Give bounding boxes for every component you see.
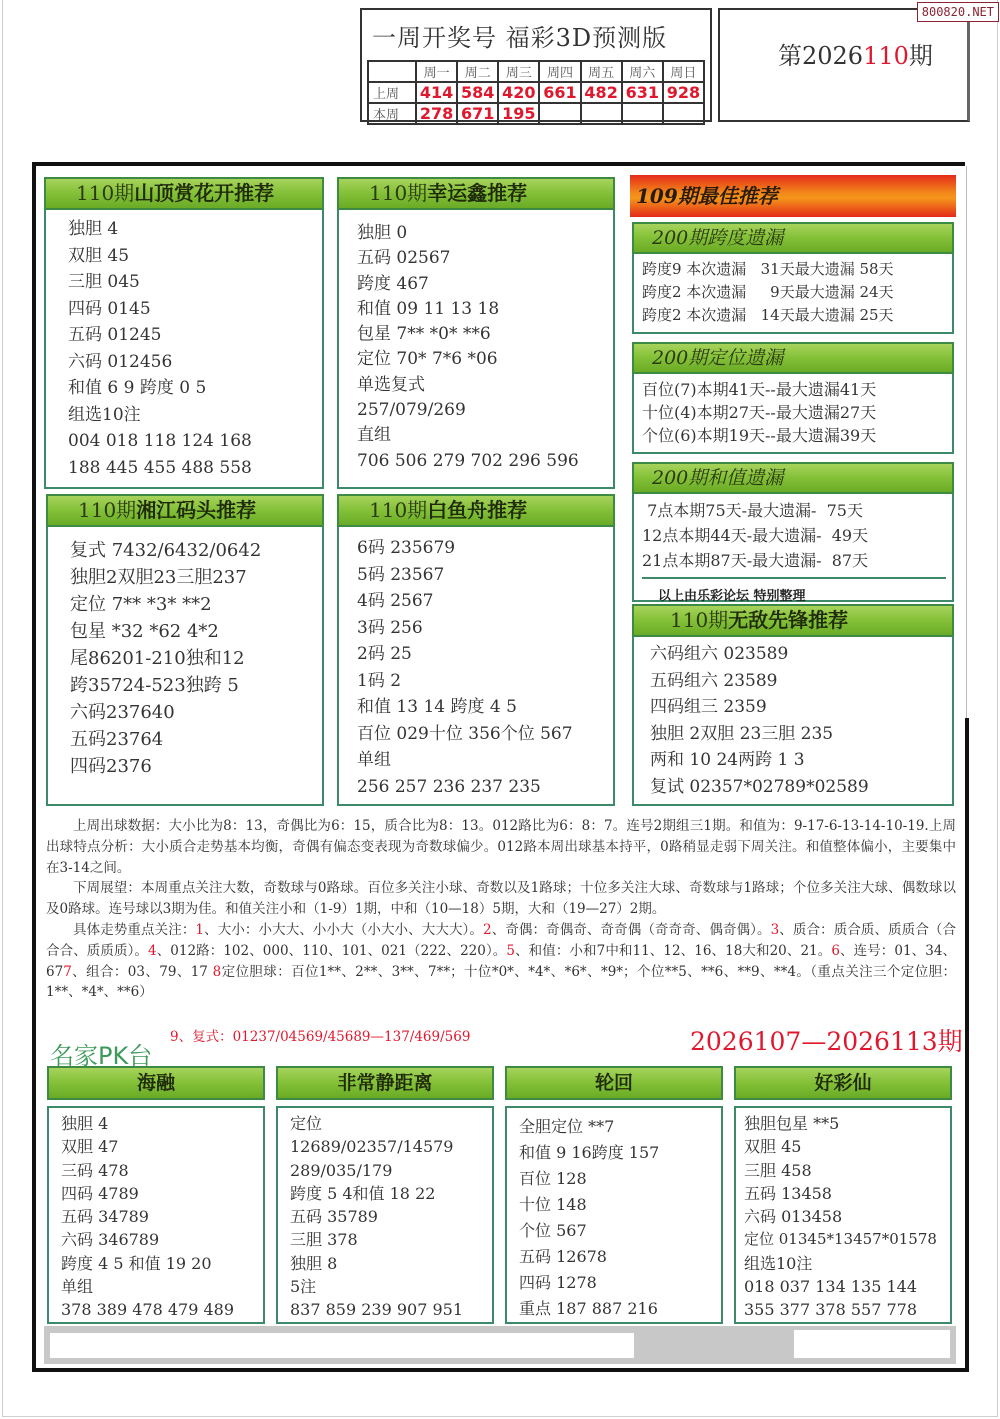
issue-box: 第2026110期 <box>718 8 970 122</box>
list-item: 837 859 239 907 951 <box>290 1298 492 1321</box>
credit-note: 以上由乐彩论坛 特别整理 <box>642 577 946 604</box>
panel-position-miss: 200期定位遗漏 百位(7)本期41天--最大遗漏41天 十位(4)本期27天-… <box>632 342 954 454</box>
list-item: 两和 10 24两跨 1 3 <box>650 747 952 774</box>
list-item: 双胆 47 <box>61 1135 263 1158</box>
list-item: 2码 25 <box>357 641 613 668</box>
list-item: 三胆 378 <box>290 1228 492 1251</box>
draw-number: 631 <box>622 82 663 103</box>
list-item: 355 377 378 557 778 <box>744 1298 950 1321</box>
draw-number: 671 <box>457 103 498 124</box>
page-title: 一周开奖号 福彩3D预测版 <box>372 18 667 53</box>
list-item: 五码 01245 <box>68 322 322 349</box>
list-item: 跨35724-523独跨 5 <box>70 672 322 699</box>
list-item: 独胆 4 <box>68 216 322 243</box>
list-item: 21点本期87天-最大遗漏- 87天 <box>642 548 952 573</box>
pk-panel-hairong: 海融 独胆 4 双胆 47 三码 478 四码 4789 五码 34789 六码… <box>47 1066 265 1324</box>
panel-body: 跨度9 本次遗漏 31天最大遗漏 58天 跨度2 本次遗漏 9天最大遗漏 24天… <box>632 254 954 334</box>
list-item: 四码2376 <box>70 753 322 780</box>
panel-body: 6码 235679 5码 23567 4码 2567 3码 256 2码 25 … <box>337 527 615 806</box>
day-header: 周一 <box>416 61 457 82</box>
day-header: 周六 <box>622 61 663 82</box>
panel-body: 百位(7)本期41天--最大遗漏41天 十位(4)本期27天--最大遗漏27天 … <box>632 374 954 454</box>
draw-number: 195 <box>498 103 539 124</box>
list-item: 跨度9 本次遗漏 31天最大遗漏 58天 <box>642 258 952 281</box>
pk-panel-feichang: 非常静距离 定位 12689/02357/14579 289/035/179 跨… <box>276 1066 494 1324</box>
list-item: 直组 <box>357 423 613 448</box>
panel-header: 110期白鱼舟推荐 <box>337 494 615 527</box>
list-item: 3码 256 <box>357 615 613 642</box>
expert-name: 非常静距离 <box>276 1066 494 1100</box>
list-item: 257/079/269 <box>357 398 613 423</box>
list-item: 十位 148 <box>519 1192 721 1218</box>
list-item: 六码组六 023589 <box>650 641 952 668</box>
list-item: 百位(7)本期41天--最大遗漏41天 <box>642 378 952 401</box>
footer-bar <box>44 1326 956 1364</box>
weekly-draw-box: 一周开奖号 福彩3D预测版 周一 周二 周三 周四 周五 周六 周日 上周 41… <box>360 8 712 122</box>
table-row-last-week: 上周 414 584 420 661 482 631 928 <box>368 82 704 103</box>
analysis-trends: 具体走势重点关注：1、大小：小大大、小小大（小大小、大大大）。2、奇偶：奇偶奇、… <box>46 920 956 1003</box>
issue-number: 第2026110期 <box>778 36 933 71</box>
draw-number: 584 <box>457 82 498 103</box>
best-recommendation-header: 109期最佳推荐 <box>630 175 956 217</box>
list-item: 尾86201-210独和12 <box>70 645 322 672</box>
list-item: 12点本期44天-最大遗漏- 49天 <box>642 523 952 548</box>
list-item: 六码 346789 <box>61 1228 263 1251</box>
panel-sum-miss: 200期和值遗漏 7点本期75天-最大遗漏- 75天 12点本期44天-最大遗漏… <box>632 462 954 602</box>
draw-number <box>663 103 704 124</box>
day-header: 周五 <box>581 61 622 82</box>
list-item: 跨度2 本次遗漏 9天最大遗漏 24天 <box>642 281 952 304</box>
list-item: 六码 012456 <box>68 349 322 376</box>
list-item: 双胆 45 <box>68 243 322 270</box>
expert-name: 海融 <box>47 1066 265 1100</box>
list-item: 三胆 458 <box>744 1159 950 1182</box>
draw-number: 661 <box>539 82 580 103</box>
period-range: 2026107—2026113期 <box>690 1022 963 1058</box>
analysis-last-week: 上周出球数据：大小比为8：13，奇偶比为6：15，质合比为8：13。012路比为… <box>46 816 956 878</box>
list-item: 个位(6)本期19天--最大遗漏39天 <box>642 424 952 447</box>
complex-recommendation: 9、复式：01237/04569/45689—137/469/569 <box>170 1025 470 1045</box>
list-item: 定位 70* 7*6 *06 <box>357 347 613 372</box>
list-item: 六码237640 <box>70 699 322 726</box>
list-item: 独胆2双胆23三胆237 <box>70 564 322 591</box>
panel-body: 六码组六 023589 五码组六 23589 四码组三 2359 独胆 2双胆 … <box>632 637 954 806</box>
row-label: 本周 <box>368 103 416 124</box>
list-item: 百位 029十位 356个位 567 <box>357 721 613 748</box>
list-item: 独胆 2双胆 23三胆 235 <box>650 721 952 748</box>
list-item: 双胆 45 <box>744 1135 950 1158</box>
list-item: 独胆 8 <box>290 1252 492 1275</box>
weekly-draw-table: 周一 周二 周三 周四 周五 周六 周日 上周 414 584 420 661 … <box>367 60 705 125</box>
list-item: 包星 *32 *62 4*2 <box>70 618 322 645</box>
list-item: 1码 2 <box>357 668 613 695</box>
list-item: 单选复式 <box>357 373 613 398</box>
list-item: 包星 7** *0* **6 <box>357 322 613 347</box>
list-item: 跨度 4 5 和值 19 20 <box>61 1252 263 1275</box>
row-label: 上周 <box>368 82 416 103</box>
draw-number: 278 <box>416 103 457 124</box>
list-item: 四码组三 2359 <box>650 694 952 721</box>
list-item: 复式 7432/6432/0642 <box>70 537 322 564</box>
panel-xiangjiang: 110期湘江码头推荐 复式 7432/6432/0642 独胆2双胆23三胆23… <box>46 494 324 806</box>
list-item: 组选10注 <box>744 1252 950 1275</box>
list-item: 和值 13 14 跨度 4 5 <box>357 694 613 721</box>
panel-body: 复式 7432/6432/0642 独胆2双胆23三胆237 定位 7** *3… <box>46 527 324 806</box>
list-item: 十位(4)本期27天--最大遗漏27天 <box>642 401 952 424</box>
list-item: 跨度2 本次遗漏 14天最大遗漏 25天 <box>642 304 952 327</box>
list-item: 5注 <box>290 1275 492 1298</box>
list-item: 256 257 236 237 235 <box>357 774 613 801</box>
list-item: 个位 567 <box>519 1218 721 1244</box>
list-item: 和值 09 11 13 18 <box>357 297 613 322</box>
panel-header: 110期山顶赏花开推荐 <box>44 177 324 210</box>
panel-body: 独胆 4 双胆 47 三码 478 四码 4789 五码 34789 六码 34… <box>47 1106 265 1324</box>
day-header: 周二 <box>457 61 498 82</box>
list-item: 定位 7** *3* **2 <box>70 591 322 618</box>
day-header: 周四 <box>539 61 580 82</box>
list-item: 5码 23567 <box>357 562 613 589</box>
panel-body: 7点本期75天-最大遗漏- 75天 12点本期44天-最大遗漏- 49天 21点… <box>632 494 954 602</box>
table-header-row: 周一 周二 周三 周四 周五 周六 周日 <box>368 61 704 82</box>
list-item: 跨度 5 4和值 18 22 <box>290 1182 492 1205</box>
draw-number <box>622 103 663 124</box>
list-item: 组选10注 <box>68 402 322 429</box>
watermark-link[interactable]: 800820.NET <box>917 2 999 22</box>
list-item: 复试 02357*02789*02589 <box>650 774 952 801</box>
issue-highlight: 110 <box>863 42 909 70</box>
list-item: 五码 13458 <box>744 1182 950 1205</box>
panel-xingyun: 110期幸运鑫推荐 独胆 0 五码 02567 跨度 467 和值 09 11 … <box>337 177 615 489</box>
list-item: 单组 <box>61 1275 263 1298</box>
list-item: 五码 34789 <box>61 1205 263 1228</box>
panel-baiyu: 110期白鱼舟推荐 6码 235679 5码 23567 4码 2567 3码 … <box>337 494 615 806</box>
list-item: 7点本期75天-最大遗漏- 75天 <box>642 498 952 523</box>
list-item: 四码 4789 <box>61 1182 263 1205</box>
list-item: 五码 12678 <box>519 1244 721 1270</box>
draw-number <box>539 103 580 124</box>
list-item: 三码 478 <box>61 1159 263 1182</box>
list-item: 四码 1278 <box>519 1270 721 1296</box>
list-item: 三胆 045 <box>68 269 322 296</box>
panel-shanding: 110期山顶赏花开推荐 独胆 4 双胆 45 三胆 045 四码 0145 五码… <box>44 177 324 489</box>
list-item: 706 506 279 702 296 596 <box>357 449 613 474</box>
expert-name: 好彩仙 <box>734 1066 952 1100</box>
list-item: 跨度 467 <box>357 272 613 297</box>
draw-number: 928 <box>663 82 704 103</box>
panel-body: 全胆定位 **7 和值 9 16跨度 157 百位 128 十位 148 个位 … <box>505 1106 723 1324</box>
footer-blank-right <box>794 1330 950 1358</box>
list-item: 独胆 4 <box>61 1112 263 1135</box>
panel-body: 定位 12689/02357/14579 289/035/179 跨度 5 4和… <box>276 1106 494 1324</box>
list-item: 289/035/179 <box>290 1159 492 1182</box>
list-item: 五码 35789 <box>290 1205 492 1228</box>
list-item: 五码 02567 <box>357 246 613 271</box>
list-item: 4码 2567 <box>357 588 613 615</box>
panel-header: 200期和值遗漏 <box>632 462 954 494</box>
analysis-next-week: 下周展望：本周重点关注大数，奇数球与0路球。百位多关注小球、奇数以及1路球；十位… <box>46 878 956 920</box>
list-item: 004 018 118 124 168 <box>68 428 322 455</box>
list-item: 018 037 134 135 144 <box>744 1275 950 1298</box>
list-item: 定位 01345*13457*01578 <box>744 1228 950 1251</box>
list-item: 定位 <box>290 1112 492 1135</box>
list-item: 6码 235679 <box>357 535 613 562</box>
panel-body: 独胆包星 **5 双胆 45 三胆 458 五码 13458 六码 013458… <box>734 1106 952 1324</box>
panel-body: 独胆 0 五码 02567 跨度 467 和值 09 11 13 18 包星 7… <box>337 210 615 489</box>
draw-number <box>581 103 622 124</box>
day-header: 周三 <box>498 61 539 82</box>
list-item: 五码组六 23589 <box>650 668 952 695</box>
list-item: 五码23764 <box>70 726 322 753</box>
expert-name: 轮回 <box>505 1066 723 1100</box>
list-item: 百位 128 <box>519 1166 721 1192</box>
pk-panel-lunhui: 轮回 全胆定位 **7 和值 9 16跨度 157 百位 128 十位 148 … <box>505 1066 723 1324</box>
list-item: 独胆包星 **5 <box>744 1112 950 1135</box>
panel-span-miss: 200期跨度遗漏 跨度9 本次遗漏 31天最大遗漏 58天 跨度2 本次遗漏 9… <box>632 222 954 334</box>
pk-panel-haocaixian: 好彩仙 独胆包星 **5 双胆 45 三胆 458 五码 13458 六码 01… <box>734 1066 952 1324</box>
table-row-this-week: 本周 278 671 195 <box>368 103 704 124</box>
panel-header: 110期湘江码头推荐 <box>46 494 324 527</box>
panel-header: 200期跨度遗漏 <box>632 222 954 254</box>
list-item: 和值 9 16跨度 157 <box>519 1140 721 1166</box>
list-item: 378 389 478 479 489 <box>61 1298 263 1321</box>
list-item: 188 445 455 488 558 <box>68 455 322 482</box>
analysis-section: 上周出球数据：大小比为8：13，奇偶比为6：15，质合比为8：13。012路比为… <box>46 816 956 1003</box>
draw-number: 414 <box>416 82 457 103</box>
panel-wudi: 110期无敌先锋推荐 六码组六 023589 五码组六 23589 四码组三 2… <box>632 604 954 806</box>
list-item: 单组 <box>357 747 613 774</box>
list-item: 12689/02357/14579 <box>290 1135 492 1158</box>
panel-header: 110期幸运鑫推荐 <box>337 177 615 210</box>
list-item: 重点 187 887 216 <box>519 1296 721 1322</box>
list-item: 全胆定位 **7 <box>519 1114 721 1140</box>
draw-number: 420 <box>498 82 539 103</box>
footer-blank-left <box>50 1333 634 1358</box>
panel-header: 110期无敌先锋推荐 <box>632 604 954 637</box>
draw-number: 482 <box>581 82 622 103</box>
panel-body: 独胆 4 双胆 45 三胆 045 四码 0145 五码 01245 六码 01… <box>44 210 324 489</box>
list-item: 独胆 0 <box>357 221 613 246</box>
list-item: 六码 013458 <box>744 1205 950 1228</box>
panel-header: 200期定位遗漏 <box>632 342 954 374</box>
list-item: 四码 0145 <box>68 296 322 323</box>
day-header: 周日 <box>663 61 704 82</box>
list-item: 和值 6 9 跨度 0 5 <box>68 375 322 402</box>
